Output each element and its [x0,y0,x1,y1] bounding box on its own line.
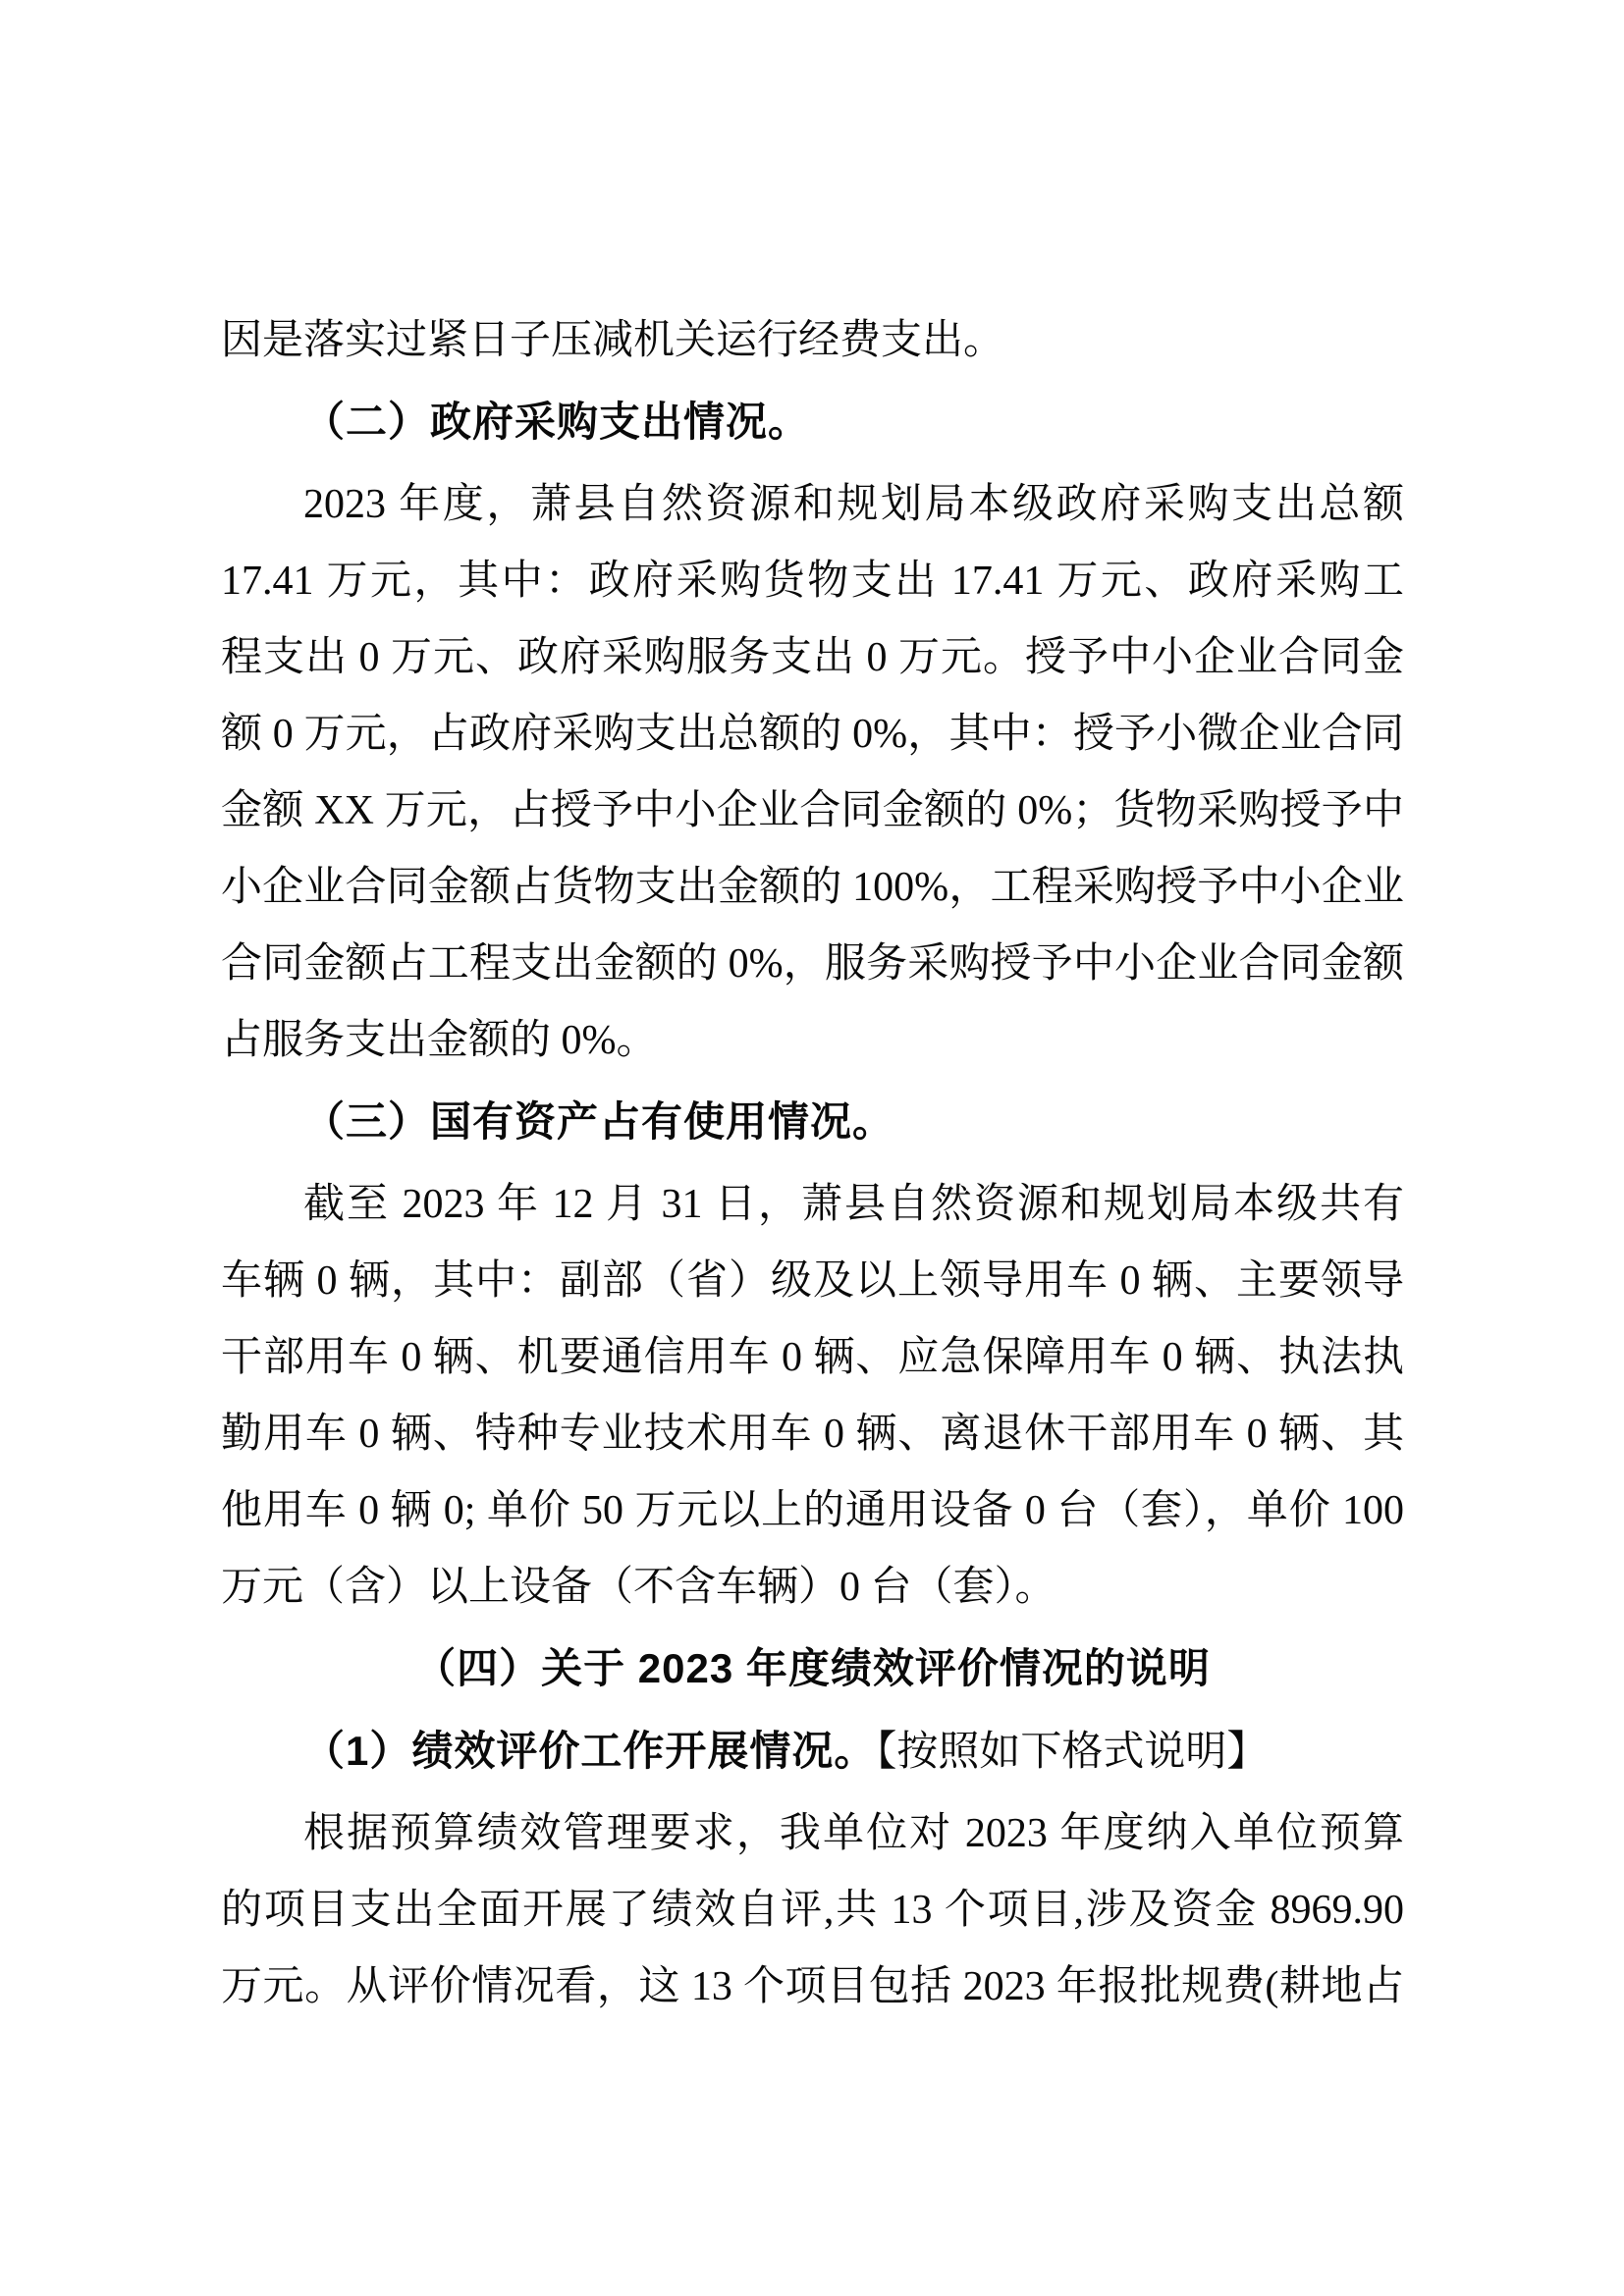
text-line-main: （三）国有资产占有使用情况。 [303,1098,894,1145]
text-line: 2023 年度，萧县自然资源和规划局本级政府采购支出总额 [221,466,1404,543]
text-line-main: 金额 XX 万元，占授予中小企业合同金额的 0%；货物采购授予中 [221,788,1404,833]
text-line: 程支出 0 万元、政府采购服务支出 0 万元。授予中小企业合同金 [221,619,1404,696]
document-page: 因是落实过紧日子压减机关运行经费支出。 （二）政府采购支出情况。 2023 年度… [0,0,1624,2296]
text-line: 17.41 万元，其中：政府采购货物支出 17.41 万元、政府采购工 [221,543,1404,619]
text-line-main: 勤用车 0 辆、特种专业技术用车 0 辆、离退休干部用车 0 辆、其 [221,1412,1404,1457]
text-line-main: 17.41 万元，其中：政府采购货物支出 17.41 万元、政府采购工 [221,559,1404,604]
text-line-main: 截至 2023 年 12 月 31 日，萧县自然资源和规划局本级共有 [303,1182,1404,1227]
text-line-main: 额 0 万元，占政府采购支出总额的 0%，其中：授予小微企业合同 [221,712,1404,757]
text-line: 因是落实过紧日子压减机关运行经费支出。 [221,302,1404,379]
text-line-main: 万元。从评价情况看，这 13 个项目包括 2023 年报批规费(耕地占 [221,1964,1404,2009]
text-line: （四）关于 2023 年度绩效评价情况的说明 [221,1630,1404,1708]
text-line: 小企业合同金额占货物支出金额的 100%，工程采购授予中小企业 [221,849,1404,926]
text-line: 合同金额占工程支出金额的 0%，服务采购授予中小企业合同金额 [221,926,1404,1002]
text-line: 他用车 0 辆 0; 单价 50 万元以上的通用设备 0 台（套），单价 100 [221,1472,1404,1549]
text-line: 额 0 万元，占政府采购支出总额的 0%，其中：授予小微企业合同 [221,696,1404,773]
text-line-main: 根据预算绩效管理要求，我单位对 2023 年度纳入单位预算 [303,1811,1404,1856]
document-text-block: 因是落实过紧日子压减机关运行经费支出。 （二）政府采购支出情况。 2023 年度… [221,302,1404,2025]
text-line-main: （四）关于 2023 年度绩效评价情况的说明 [414,1645,1211,1691]
text-line-main: 程支出 0 万元、政府采购服务支出 0 万元。授予中小企业合同金 [221,635,1404,680]
text-line: 勤用车 0 辆、特种专业技术用车 0 辆、离退休干部用车 0 辆、其 [221,1396,1404,1472]
text-line: 干部用车 0 辆、机要通信用车 0 辆、应急保障用车 0 辆、执法执 [221,1319,1404,1396]
text-line-main: （1）绩效评价工作开展情况。 [303,1728,876,1774]
text-line-main: （二）政府采购支出情况。 [303,399,810,445]
text-line: （1）绩效评价工作开展情况。【按照如下格式说明】 [221,1713,1404,1790]
text-line-main: 2023 年度，萧县自然资源和规划局本级政府采购支出总额 [303,482,1404,527]
text-line: （三）国有资产占有使用情况。 [221,1084,1404,1161]
text-line: （二）政府采购支出情况。 [221,384,1404,461]
text-line: 万元。从评价情况看，这 13 个项目包括 2023 年报批规费(耕地占 [221,1949,1404,2025]
text-line-main: 因是落实过紧日子压减机关运行经费支出。 [221,318,1004,363]
text-line: 根据预算绩效管理要求，我单位对 2023 年度纳入单位预算 [221,1795,1404,1872]
text-line: 截至 2023 年 12 月 31 日，萧县自然资源和规划局本级共有 [221,1166,1404,1243]
text-line-main: 合同金额占工程支出金额的 0%，服务采购授予中小企业合同金额 [221,941,1404,987]
text-line: 金额 XX 万元，占授予中小企业合同金额的 0%；货物采购授予中 [221,773,1404,849]
text-line-main: 占服务支出金额的 0%。 [221,1018,658,1063]
text-line-main: 万元（含）以上设备（不含车辆）0 台（套）。 [221,1565,1056,1610]
text-line-main: 他用车 0 辆 0; 单价 50 万元以上的通用设备 0 台（套），单价 100 [221,1488,1404,1533]
text-line: 万元（含）以上设备（不含车辆）0 台（套）。 [221,1549,1404,1626]
text-line-main: 小企业合同金额占货物支出金额的 100%，工程采购授予中小企业 [221,865,1404,910]
text-line-main: 车辆 0 辆，其中：副部（省）级及以上领导用车 0 辆、主要领导 [221,1258,1404,1304]
text-line: 车辆 0 辆，其中：副部（省）级及以上领导用车 0 辆、主要领导 [221,1243,1404,1319]
text-line: 占服务支出金额的 0%。 [221,1002,1404,1079]
text-line-main: 干部用车 0 辆、机要通信用车 0 辆、应急保障用车 0 辆、执法执 [221,1335,1404,1380]
text-line-note: 【按照如下格式说明】 [876,1730,1268,1775]
text-line: 的项目支出全面开展了绩效自评,共 13 个项目,涉及资金 8969.90 [221,1872,1404,1949]
text-line-main: 的项目支出全面开展了绩效自评,共 13 个项目,涉及资金 8969.90 [221,1888,1404,1933]
